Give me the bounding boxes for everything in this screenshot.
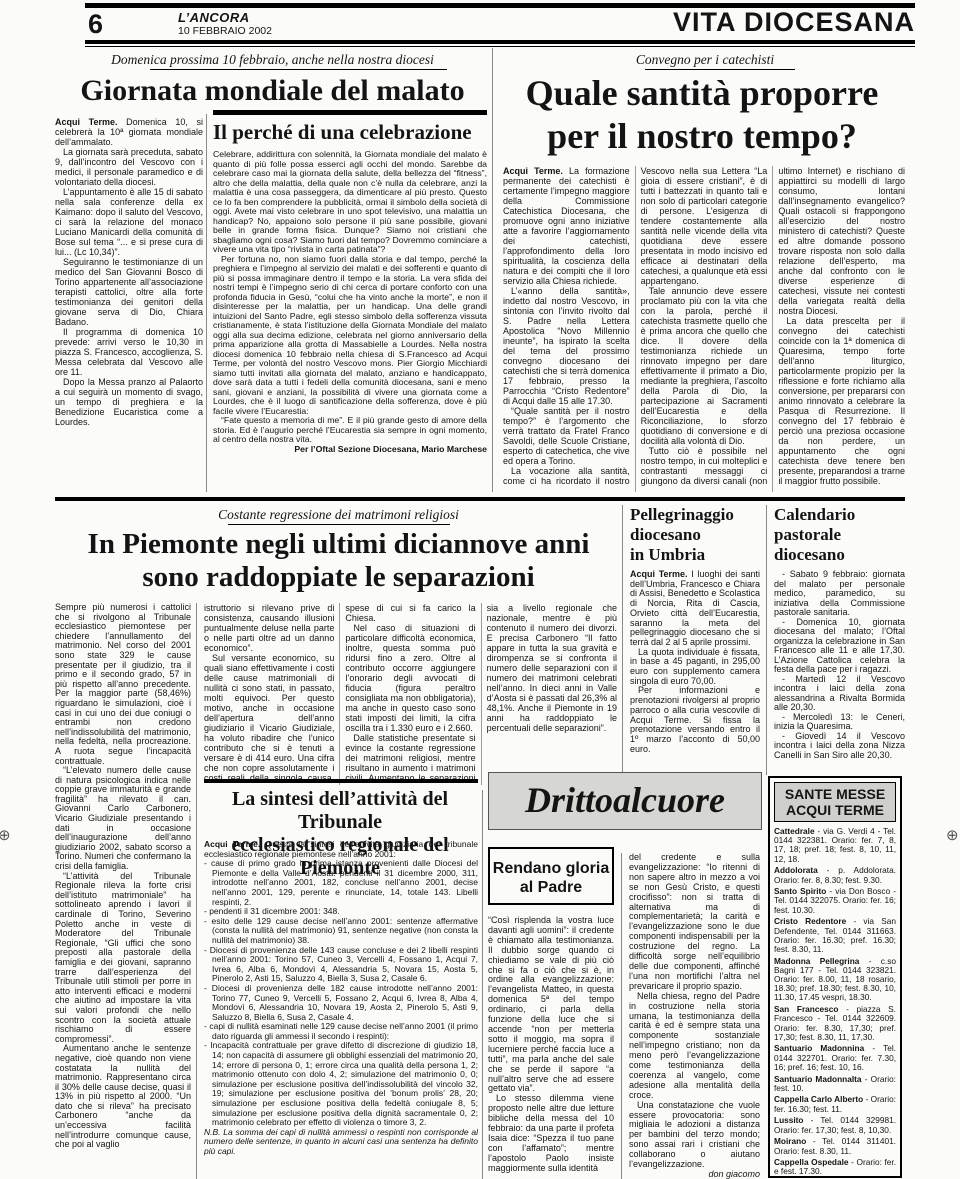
calendario-headline-line2: pastorale [774, 525, 905, 545]
messe-title-line1: SANTE MESSE [775, 786, 895, 802]
perche-signature: Per l’Oftal Sezione Diocesana, Mario Mar… [213, 445, 487, 455]
separazioni-headline-line2: sono raddoppiate le separazioni [60, 561, 617, 594]
messe-list: Cattedrale - via G. Verdi 4 - Tel. 0144 … [774, 827, 896, 1179]
pellegrinaggio-headline-line1: Pellegrinaggio [630, 505, 760, 525]
drittoalcuore-column2: del credente e sulla evangelizzazione: “… [629, 853, 760, 1179]
registration-mark-left: ⊕ [0, 826, 11, 844]
sintesi-right-rule [482, 790, 483, 1179]
sintesi-body: Acqui Terme. Questa la sintesi dell’atti… [204, 840, 478, 1177]
perche-article-body: Celebrare, addirittura con solennità, la… [213, 150, 487, 445]
calendario-left-rule [766, 505, 767, 775]
pellegrinaggio-headline: Pellegrinaggio diocesano in Umbria [630, 505, 760, 565]
masthead-logo: L’ANCORA [178, 10, 250, 25]
rendano-title-line2: al Padre [490, 878, 612, 897]
messe-header: SANTE MESSE ACQUI TERME [774, 782, 896, 822]
santita-kicker-rule [645, 69, 795, 70]
santita-headline-line2: per il nostro tempo? [497, 115, 907, 158]
drittoalcuore-signature: don giacomo [629, 1170, 760, 1179]
malato-kicker-rule [150, 69, 447, 70]
newspaper-page: 6 L’ANCORA 10 FEBBRAIO 2002 VITA DIOCESA… [0, 0, 960, 1179]
calendario-headline-line1: Calendario [774, 505, 905, 525]
separazioni-kicker-rule [228, 524, 450, 525]
messe-box: SANTE MESSE ACQUI TERME Cattedrale - via… [768, 776, 902, 1178]
drittoalcuore-title-box: Drittoalcuore [488, 772, 762, 830]
malato-kicker: Domenica prossima 10 febbraio, anche nel… [85, 52, 460, 68]
perche-top-rule [213, 110, 487, 115]
separazioni-column1: Sempre più numerosi i cattolici che si r… [55, 603, 191, 1177]
rendano-title-box: Rendano gloria al Padre [488, 847, 614, 905]
drittoalcuore-title: Drittoalcuore [489, 773, 761, 827]
perche-article: Celebrare, addirittura con solennità, la… [213, 150, 487, 492]
drittoalcuore-col-rule [621, 853, 622, 1179]
column-rule-left [206, 114, 207, 492]
page-number: 6 [88, 9, 103, 40]
perche-title: Il perché di una celebrazione [213, 120, 487, 145]
calendario-headline: Calendario pastorale diocesano [774, 505, 905, 565]
pellegrinaggio-headline-line2: diocesano [630, 525, 760, 545]
masthead-date: 10 FEBBRAIO 2002 [178, 25, 272, 37]
drittoalcuore-column1: “Così risplenda la vostra luce davanti a… [488, 916, 614, 1178]
separazioni-col1-rule [196, 603, 197, 1179]
malato-article-body: Acqui Terme. Domenica 10, si celebrerà l… [55, 117, 203, 492]
zone-divider-rule [492, 48, 493, 492]
section-title: VITA DIOCESANA [515, 7, 915, 38]
sintesi-headline-line1: La sintesi dell’attività del Tribunale [198, 788, 482, 834]
drittoalcuore-col2-paragraphs: del credente e sulla evangelizzazione: “… [629, 853, 760, 1170]
santita-paragraphs: Acqui Terme. La formazione permanente de… [503, 166, 905, 492]
header-bottom-rule [85, 40, 915, 44]
pellegrinaggio-body: Acqui Terme. I luoghi dei santi dell’Umb… [630, 570, 760, 775]
separazioni-columns: istruttorio si rilevano prive di consist… [204, 603, 617, 785]
calendario-body: - Sabato 9 febbraio: giornata del malato… [774, 570, 905, 775]
rendano-title-line1: Rendano gloria [490, 859, 612, 878]
separazioni-kicker: Costante regressione dei matrimoni relig… [60, 507, 617, 523]
pellegrinaggio-left-rule [622, 505, 623, 775]
middle-section-rule [55, 497, 905, 501]
malato-headline: Giornata mondiale del malato [80, 74, 465, 108]
separazioni-headline-line1: In Piemonte negli ultimi diciannove anni [60, 528, 617, 561]
header-thin-rule [85, 46, 915, 47]
santita-article-body: Acqui Terme. La formazione permanente de… [503, 166, 905, 492]
santita-headline-line1: Quale santità proporre [497, 72, 907, 115]
pellegrinaggio-headline-line3: in Umbria [630, 545, 760, 565]
separazioni-headline: In Piemonte negli ultimi diciannove anni… [60, 528, 617, 594]
messe-title-line2: ACQUI TERME [775, 802, 895, 818]
santita-headline: Quale santità proporre per il nostro tem… [497, 72, 907, 158]
registration-mark-right: ⊕ [946, 826, 959, 844]
santita-kicker: Convegno per i catechisti [505, 52, 905, 68]
calendario-headline-line3: diocesano [774, 545, 905, 565]
sintesi-top-rule [204, 779, 478, 783]
